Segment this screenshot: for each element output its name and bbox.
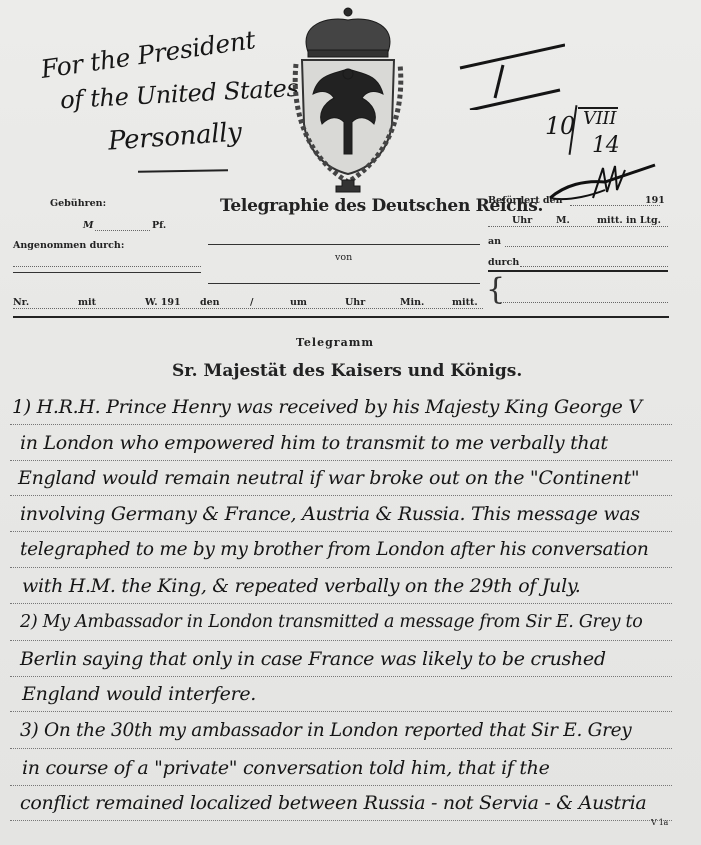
header-bottom-rule xyxy=(13,316,669,318)
den-label: den xyxy=(200,297,220,308)
mitt-ltg-label: mitt. in Ltg. xyxy=(597,215,661,226)
nr-row-field xyxy=(13,308,483,309)
body-line: England would interfere. xyxy=(22,683,256,705)
uhr2-label: Uhr xyxy=(345,297,365,308)
angenommen-label: Angenommen durch: xyxy=(13,240,124,251)
prussian-eagle-crown-icon xyxy=(288,4,408,194)
um-label: um xyxy=(290,297,307,308)
roman-numeral-mark xyxy=(455,40,565,110)
body-line: in course of a "private" conversation to… xyxy=(22,757,550,779)
slash-label: / xyxy=(250,297,253,308)
ruled-line xyxy=(10,820,672,821)
ruled-line xyxy=(10,495,672,496)
uhr-field xyxy=(488,226,668,227)
date-year: 14 xyxy=(592,133,619,158)
body-line: England would remain neutral if war brok… xyxy=(18,467,639,489)
durch-rule xyxy=(488,270,668,272)
ruled-line xyxy=(10,603,672,604)
von-label: von xyxy=(335,252,352,263)
an-label: an xyxy=(488,236,501,247)
body-line: with H.M. the King, & repeated verbally … xyxy=(22,575,581,597)
address-underline xyxy=(138,169,228,173)
telegramm-label: Telegramm xyxy=(296,336,374,349)
an-field xyxy=(505,246,668,247)
befoerdert-year: 191 xyxy=(645,195,665,206)
brace-field xyxy=(500,302,668,303)
body-line: involving Germany & France, Austria & Ru… xyxy=(20,503,640,525)
mit-label: mit xyxy=(78,297,96,308)
von-top-rule xyxy=(208,244,480,245)
address-line-3: Personally xyxy=(107,117,242,156)
w-label: W. 191 xyxy=(145,297,181,308)
durch-field xyxy=(520,266,668,267)
m-label: M. xyxy=(556,215,570,226)
angenommen-field xyxy=(13,266,201,267)
telegram-page: For the President of the United States P… xyxy=(0,0,701,845)
body-line: Berlin saying that only in case France w… xyxy=(20,648,606,670)
body-line: conflict remained localized between Russ… xyxy=(20,792,646,814)
ruled-line xyxy=(10,748,672,749)
ruled-line xyxy=(10,640,672,641)
ruled-line xyxy=(10,460,672,461)
sender-line: Sr. Majestät des Kaisers und Königs. xyxy=(172,361,522,381)
uhr-label: Uhr xyxy=(512,215,532,226)
address-line-1: For the President xyxy=(39,25,257,84)
min-label: Min. xyxy=(400,297,424,308)
nr-label: Nr. xyxy=(13,297,29,308)
footer-mark: V 1a xyxy=(651,818,668,827)
address-line-2: of the United States xyxy=(59,74,299,114)
brace-icon: { xyxy=(486,275,505,305)
angenommen-rule xyxy=(13,272,201,273)
ruled-line xyxy=(10,785,672,786)
mitt-label: mitt. xyxy=(452,297,478,308)
body-line: 1) H.R.H. Prince Henry was received by h… xyxy=(12,396,642,418)
ruled-line xyxy=(10,711,672,712)
ruled-line xyxy=(10,424,672,425)
mark-field xyxy=(95,230,150,231)
ruled-line xyxy=(10,676,672,677)
pf-label: Pf. xyxy=(152,220,166,231)
ruled-line xyxy=(10,567,672,568)
body-line: 2) My Ambassador in London transmitted a… xyxy=(20,612,642,632)
body-line: in London who empowered him to transmit … xyxy=(20,432,608,454)
body-line: 3) On the 30th my ambassador in London r… xyxy=(20,720,631,741)
von-bottom-rule xyxy=(208,283,480,284)
date-month: VIII xyxy=(583,108,616,129)
mark-label: M xyxy=(83,220,94,231)
body-line: telegraphed to me by my brother from Lon… xyxy=(20,539,648,560)
gebuehren-label: Gebühren: xyxy=(50,198,106,209)
ruled-line xyxy=(10,531,672,532)
befoerdert-label: Befördert den xyxy=(488,195,562,206)
durch-label: durch xyxy=(488,257,519,268)
